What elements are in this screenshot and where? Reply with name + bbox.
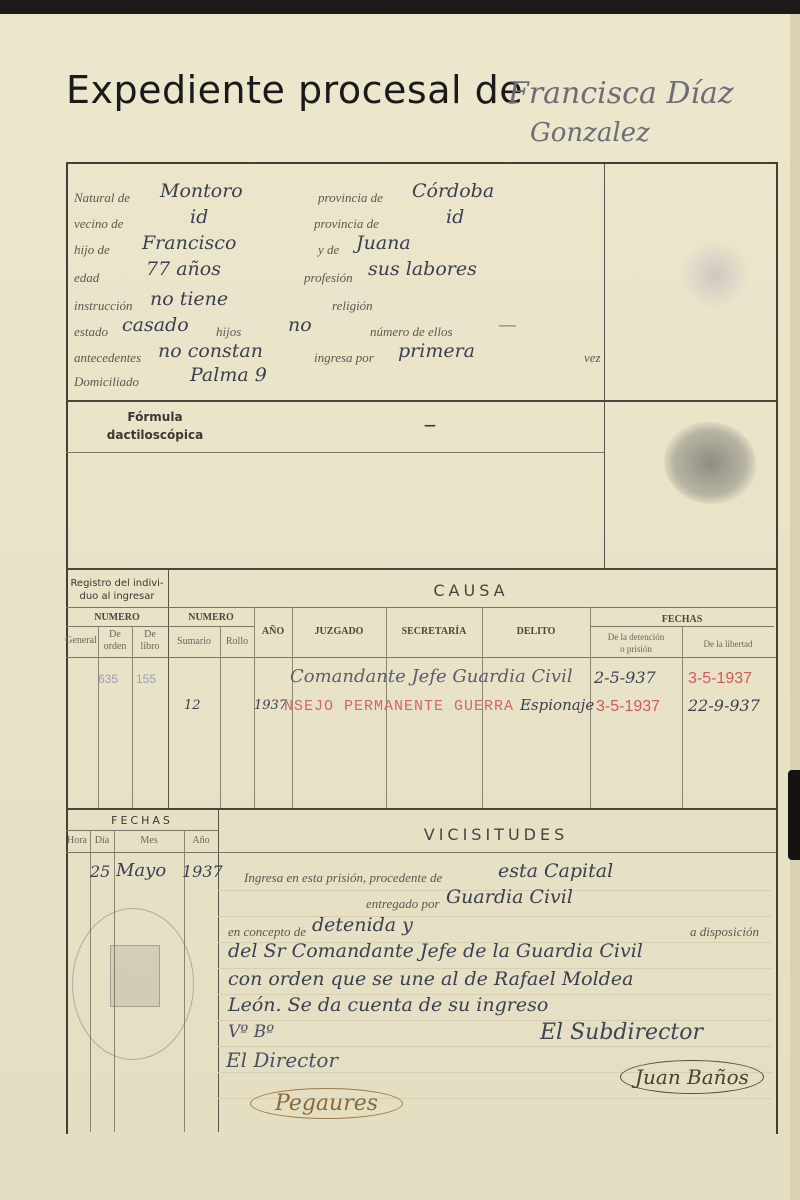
divider: [66, 568, 776, 570]
dactilo-label-line2: dactiloscópica: [90, 428, 220, 442]
vicisitudes-line4: del Sr Comandante Jefe de la Guardia Civ…: [228, 940, 643, 962]
sumario-value: 12: [184, 698, 201, 713]
divider: [132, 626, 133, 808]
col-de-libro-2: libro: [132, 641, 168, 652]
col-de-orden-1: De: [98, 629, 132, 640]
subdirector-label: El Subdirector: [540, 1020, 703, 1045]
ruled-line: [218, 1046, 772, 1047]
detencion-value-1: 2-5-937: [594, 668, 656, 687]
col-detencion-1: De la detención: [590, 632, 682, 642]
vicisitudes-line5: con orden que se une al de Rafael Moldea: [228, 968, 633, 990]
vecino-value: id: [190, 206, 208, 228]
divider: [168, 570, 169, 808]
numero2-header: NUMERO: [168, 612, 254, 623]
domiciliado-value: Palma 9: [190, 364, 267, 386]
provincia-label: provincia de: [318, 190, 383, 206]
divider: [66, 626, 254, 627]
procedente-value: esta Capital: [498, 860, 613, 882]
dactilo-value: —: [410, 418, 450, 432]
col-delito: DELITO: [482, 626, 590, 637]
hora-label: Hora: [64, 835, 90, 846]
natural-de-label: Natural de: [74, 190, 130, 206]
registro-label-line1: Registro del indivi-: [66, 578, 168, 589]
subdirector-signature: Juan Baños: [620, 1060, 764, 1094]
y-de-label: y de: [318, 242, 339, 258]
estado-label: estado: [74, 324, 108, 340]
edad-value: 77 años: [146, 258, 221, 280]
faint-fingerprint-mark: [680, 240, 750, 310]
divider: [66, 852, 776, 853]
mes-value: Mayo: [116, 860, 166, 881]
anio-value: 1937: [182, 862, 223, 881]
col-libertad: De la libertad: [682, 639, 774, 649]
libertad-value-1: 3-5-1937: [688, 670, 752, 688]
divider: [604, 164, 605, 568]
dia-value: 25: [90, 862, 110, 881]
divider: [218, 810, 219, 1132]
libertad-value-2: 22-9-937: [688, 696, 760, 715]
col-secretaria: SECRETARÍA: [386, 626, 482, 637]
provincia2-value: id: [446, 206, 464, 228]
edad-label: edad: [74, 270, 99, 286]
vez-label: vez: [584, 350, 601, 366]
col-juzgado: JUZGADO: [292, 626, 386, 637]
dia-label: Día: [90, 835, 114, 846]
ingresa-label: ingresa por: [314, 350, 374, 366]
binder-tab: [788, 770, 800, 860]
concepto-label: en concepto de: [228, 924, 306, 940]
anio-value: 1937: [254, 698, 287, 713]
y-de-value: Juana: [356, 232, 411, 254]
divider: [220, 626, 221, 808]
hijo-value: Francisco: [142, 232, 236, 254]
religion-label: religión: [332, 298, 373, 314]
col-sumario: Sumario: [168, 636, 220, 647]
col-detencion-2: o prisión: [590, 644, 682, 654]
fingerprint: [664, 422, 756, 504]
natural-de-value: Montoro: [160, 180, 243, 202]
delito-value: Espionaje: [520, 696, 594, 714]
mes-label: Mes: [114, 835, 184, 846]
divider: [66, 400, 776, 402]
detencion-value-2: 3-5-1937: [596, 698, 660, 716]
divider: [66, 808, 776, 810]
concepto-value: detenida y: [312, 914, 413, 936]
de-libro-value: 155: [136, 672, 156, 686]
title-name-line1: Francisca Díaz: [508, 76, 734, 111]
col-de-libro-1: De: [132, 629, 168, 640]
title-name-line2: Gonzalez: [530, 118, 650, 148]
consejo-stamp: NSEJO PERMANENTE GUERRA :: [284, 698, 534, 715]
hijos-value: no: [288, 314, 312, 336]
fechas-header: FECHAS: [590, 614, 774, 625]
director-label: El Director: [226, 1048, 338, 1072]
numero-header: NUMERO: [66, 612, 168, 623]
ingresa-value: primera: [398, 340, 475, 362]
divider: [66, 607, 776, 608]
causa-title: CAUSA: [168, 581, 774, 600]
profesion-label: profesión: [304, 270, 353, 286]
vicisitudes-line6: León. Se da cuenta de su ingreso: [228, 994, 548, 1016]
col-rollo: Rollo: [220, 636, 254, 647]
entregado-label: entregado por: [366, 896, 440, 912]
vicisitudes-title: VICISITUDES: [218, 825, 774, 844]
estado-value: casado: [122, 314, 189, 336]
provincia-value: Córdoba: [412, 180, 494, 202]
divider: [682, 626, 683, 808]
vobo-label: Vº Bº: [228, 1022, 274, 1042]
numero-ellos-value: —: [498, 314, 517, 336]
hijos-label: hijos: [216, 324, 241, 340]
col-anio: AÑO: [254, 626, 292, 637]
anio-label: Año: [184, 835, 218, 846]
dactilo-label-line1: Fórmula: [90, 410, 220, 424]
instruccion-value: no tiene: [150, 288, 228, 310]
coat-of-arms-icon: [110, 945, 160, 1007]
instruccion-label: instrucción: [74, 298, 133, 314]
divider: [98, 626, 99, 808]
numero-ellos-label: número de ellos: [370, 324, 453, 340]
registro-label-line2: duo al ingresar: [66, 591, 168, 602]
fechas-label: FECHAS: [66, 814, 218, 827]
antecedentes-value: no constan: [158, 340, 263, 362]
divider: [66, 657, 776, 658]
ruled-line: [218, 916, 772, 917]
divider: [66, 452, 604, 453]
provincia2-label: provincia de: [314, 216, 379, 232]
divider: [66, 830, 218, 831]
paper-edge: [790, 14, 800, 1200]
domiciliado-label: Domiciliado: [74, 374, 139, 390]
juzgado-value: Comandante Jefe Guardia Civil: [290, 666, 573, 687]
antecedentes-label: antecedentes: [74, 350, 141, 366]
document-title: Expediente procesal de: [66, 68, 523, 112]
disposicion-label: a disposición: [690, 924, 759, 940]
director-signature: Pegaures: [250, 1088, 403, 1119]
hijo-label: hijo de: [74, 242, 110, 258]
procedente-label: Ingresa en esta prisión, procedente de: [244, 870, 442, 886]
de-orden-value: 635: [98, 672, 118, 686]
vecino-label: vecino de: [74, 216, 123, 232]
col-general: General: [64, 635, 98, 646]
profesion-value: sus labores: [368, 258, 477, 280]
col-de-orden-2: orden: [98, 641, 132, 652]
entregado-value: Guardia Civil: [446, 886, 573, 908]
